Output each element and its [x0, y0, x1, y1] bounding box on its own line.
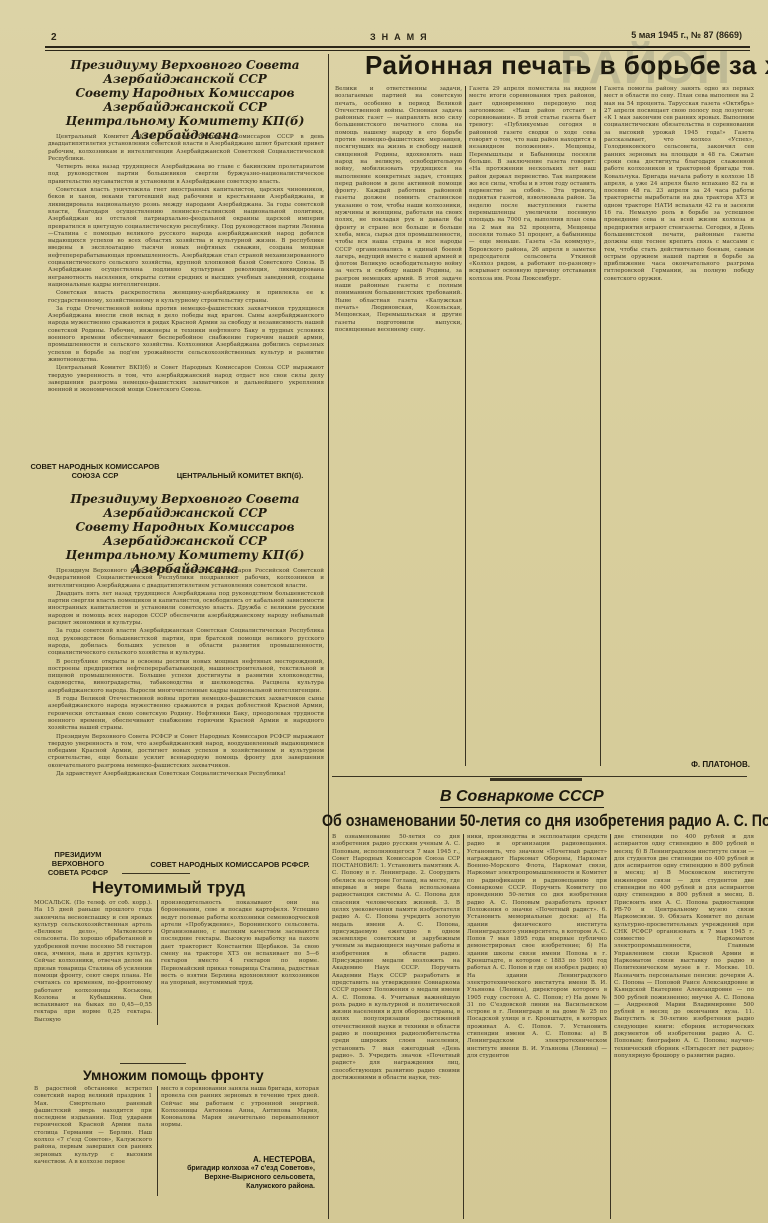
paragraph: Президиум Верховного Совета РСФСР и Сове… [48, 734, 324, 770]
paragraph: Советская власть раскрепостила женщину-а… [48, 290, 324, 305]
paragraph: Центральный Комитет ВКП(б) и Совет Народ… [48, 134, 324, 163]
heading-line: Президиуму Верховного Совета [45, 492, 325, 506]
greeting1-signature-left: СОВЕТ НАРОДНЫХ КОМИССАРОВ СОЮЗА ССР [30, 462, 160, 480]
decree-col2: ники, производства и эксплоатации средст… [467, 834, 607, 1219]
column-rule [463, 834, 464, 1219]
paragraph: В республике открыты и освоены десятки н… [48, 659, 324, 695]
divider [120, 1063, 186, 1064]
press-article-col1: Велики и ответственны задачи, возлагаемы… [335, 86, 462, 776]
press-article-col3: Газета помогла району занять одно из пер… [604, 86, 754, 754]
press-article-author: Ф. ПЛАТОНОВ. [620, 760, 750, 769]
paragraph: За годы Отечественной войны против немец… [48, 306, 324, 364]
paragraph: Двадцать пять лет назад трудящиеся Азерб… [48, 591, 324, 627]
signature-line: СОВЕТА РСФСР [28, 868, 128, 877]
page-column-rule [328, 54, 329, 1219]
paragraph: Да здравствует Азербайджанская Советская… [48, 771, 324, 778]
greeting2-signature-right: СОВЕТ НАРОДНЫХ КОМИССАРОВ РСФСР. [130, 860, 330, 869]
author-role: Верхне-Вырисного сельсовета, [160, 1173, 315, 1182]
help-article-col1: В радостной обстановке встретил советски… [34, 1086, 152, 1196]
heading-line: Президиуму Верховного Совета [45, 58, 325, 72]
page-number: 2 [51, 32, 57, 43]
heading-line: Азербайджанской ССР [45, 100, 325, 114]
divider-bold [490, 778, 582, 781]
paragraph: За годы советской власти Азербайджанская… [48, 628, 324, 657]
divider [122, 873, 190, 874]
column-rule [600, 86, 601, 766]
labor-article-col2: производительность показывают они на бор… [161, 900, 319, 1025]
heading-line: Азербайджанской ССР [45, 534, 325, 548]
greeting2-body: Президиум Верховного Совета и Совет Наро… [48, 568, 324, 848]
help-article-title: Умножим помощь фронту [83, 1067, 264, 1083]
heading-line: Азербайджанской ССР [45, 506, 325, 520]
greeting1-body: Центральный Комитет ВКП(б) и Совет Народ… [48, 134, 324, 430]
labor-article-title: Неутомимый труд [92, 878, 245, 898]
paragraph: Центральный Комитет ВКП(б) и Совет Народ… [48, 365, 324, 394]
paper-name: ЗНАМЯ [370, 32, 433, 42]
help-article-author: А. НЕСТЕРОВА, бригадир колхоза «7 с'езд … [160, 1155, 315, 1191]
signature-line: СОВЕТ НАРОДНЫХ КОМИССАРОВ [30, 462, 160, 471]
column-rule [157, 1086, 158, 1196]
signature-line: СОЮЗА ССР [30, 471, 160, 480]
issue-date: 5 мая 1945 г., № 87 (8669) [631, 30, 742, 40]
newspaper-page: 2 ЗНАМЯ 5 мая 1945 г., № 87 (8669) Прези… [0, 0, 768, 1223]
paragraph: Советская власть уничтожила гнет иностра… [48, 187, 324, 289]
greeting1-heading: Президиуму Верховного Совета Азербайджан… [45, 58, 325, 142]
press-article-title: Районная печать в борьбе за хлеб [365, 50, 768, 81]
author-name: А. НЕСТЕРОВА, [160, 1155, 315, 1164]
column-rule [157, 900, 158, 1025]
greeting1-signature-right: ЦЕНТРАЛЬНЫЙ КОМИТЕТ ВКП(б). [165, 471, 315, 480]
author-role: бригадир колхоза «7 с'езд Советов», [160, 1164, 315, 1173]
column-rule [465, 86, 466, 766]
heading-line: Совету Народных Комиссаров [45, 520, 325, 534]
greeting2-signature-left: ПРЕЗИДИУМ ВЕРХОВНОГО СОВЕТА РСФСР [28, 850, 128, 877]
labor-article-col1: МОСАЛЬСК. (По телеф. от соб. корр.). На … [34, 900, 152, 1028]
paragraph: Четверть века назад трудящиеся Азербайдж… [48, 164, 324, 186]
heading-line: Азербайджанской ССР [45, 72, 325, 86]
decree-col1: В ознаменование 50-летия со дня изобрете… [332, 834, 460, 1219]
paragraph: Президиум Верховного Совета и Совет Наро… [48, 568, 324, 590]
heading-line: Совету Народных Комиссаров [45, 86, 325, 100]
decree-title: Об ознаменовании 50-летия со дня изобрет… [322, 812, 768, 831]
author-role: Калужского района. [160, 1182, 315, 1191]
decree-col3: две стипендии по 400 рублей и для аспира… [614, 834, 754, 1219]
section-title: В Совнаркоме СССР [440, 788, 604, 808]
greeting2-heading: Президиуму Верховного Совета Азербайджан… [45, 492, 325, 576]
press-article-col2: Газета 29 апреля поместила на видном мес… [469, 86, 596, 766]
paragraph: В годы Великой Отечественной войны проти… [48, 696, 324, 732]
column-rule [610, 834, 611, 1219]
divider [332, 776, 747, 777]
help-article-col2: место в соревновании заняла наша бригада… [161, 1086, 319, 1146]
signature-line: ПРЕЗИДИУМ ВЕРХОВНОГО [28, 850, 128, 868]
